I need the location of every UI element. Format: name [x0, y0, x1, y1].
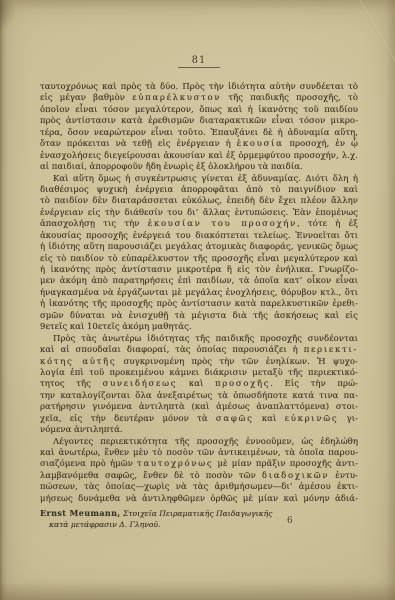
text-line: ἀκουσίας προσοχῆς ἐνέργειά του διακόπτετ…: [40, 231, 358, 242]
text-line: καὶ ἀνωτέρω, ἔνθεν μὲν τὸ ποσὸν τῶν ἀντι…: [40, 448, 358, 459]
text-line: ἡ ἱκανότης τῆς προσοχῆς πρὸς ἀντίστασιν …: [40, 299, 358, 310]
text-line: ἐνασχολήσεις διεγείρουσαι ἀκουσίαν καὶ ἐ…: [40, 151, 358, 162]
page-number: 81: [178, 55, 221, 68]
text-line: Λέγοντες περιεκτικότητα τῆς προσοχῆς ἐνν…: [40, 437, 358, 448]
text-line: τέρα, ὅσον νεαρώτερον εἶναι τοῦτο. Ἐπαυξ…: [40, 128, 358, 139]
text-line: λαμβανόμεθα σαφῶς, ἔνθεν δὲ τὸ ποσὸν τῶν…: [40, 471, 358, 482]
text-line: ἀπασχολήσῃ τις τὴν ἑκουσίαν του προσοχήν…: [40, 219, 358, 230]
text-line: ἡ ἰδιότης αὕτη παρουσιάζει μεγάλας ἀτομι…: [40, 242, 358, 253]
text-line: ὁποῖον εἶναι τόσον μεγαλύτερον, ὅπως καὶ…: [40, 105, 358, 116]
text-line: σιαζόμενα πρὸ ἡμῶν ταυτοχρόνως μὲ μίαν π…: [40, 459, 358, 470]
text-line: 9ετεῖς καὶ 10ετεῖς ἀκόμη μαθητάς.: [40, 322, 358, 333]
text-line: εἰς τὸ παιδίον τὸ εὐπαρέλκυστον τῆς προσ…: [40, 254, 358, 265]
text-line: αἱ παιδιαί, ἀπορροφοῦν ἤδη ἐνωρὶς ἐξ ὁλο…: [40, 162, 358, 173]
text-line: νόμενα ἀντιληπτά.: [40, 425, 358, 436]
footnote-line1: Ernst Meumann, Στοιχεῖα Πειραματικῆς Παι…: [40, 508, 310, 519]
footnote-book-title: Στοιχεῖα Πειραματικῆς Παιδαγωγικῆς: [121, 509, 273, 518]
text-line: σμῶν δύναται νὰ ἐνισχυθῇ τὰ μέγιστα διὰ …: [40, 311, 358, 322]
text-line: μήσεως δυνάμεθα νὰ ἀντιληφθῶμεν ὀρθῶς μὲ…: [40, 494, 358, 505]
text-line: ὅταν πρόκειται νὰ τεθῇ εἰς ἐνέργειαν ἡ ἑ…: [40, 139, 358, 150]
page-header: 81: [40, 48, 358, 68]
text-line: λογία ἐπὶ τοῦ προκειμένου κάμνει διάκρισ…: [40, 368, 358, 379]
text-line: πρὸς ἀντίστασιν κατὰ ἐρεθισμῶν διαταρακτ…: [40, 116, 358, 127]
text-line: Πρὸς τὰς ἀνωτέρω ἰδιότητας τῆς παιδικῆς …: [40, 334, 358, 345]
footnote: Ernst Meumann, Στοιχεῖα Πειραματικῆς Παι…: [40, 508, 310, 530]
text-line: μεν ἀκόμη ἀπὸ παρατηρήσεις ἐπὶ παιδίων, …: [40, 276, 358, 287]
book-page-scan: 81 ταυτοχρόνως καὶ πρὸς τὰ δύο. Πρὸς τὴν…: [0, 0, 395, 600]
text-line: ἠναγκασμένα νὰ ἐργάζωνται μὲ μεγάλας ἐνο…: [40, 288, 358, 299]
text-line: καὶ αἱ σπουδαῖαι διαφοραί, τὰς ὁποίας πα…: [40, 345, 358, 356]
body-text: ταυτοχρόνως καὶ πρὸς τὰ δύο. Πρὸς τὴν ἰδ…: [40, 82, 358, 505]
text-line: τὸ παιδίον δὲν διαταράσσεται εὐκόλως, ἐπ…: [40, 196, 358, 207]
footnote-translation: κατὰ μετάφρασιν Δ. Γληνοῦ.: [40, 519, 310, 530]
text-line: χεῖα, εἰς τὴν δευτέραν μόνον τὰ σαφῶς κα…: [40, 414, 358, 425]
text-line: κότης αὐτῆς συγκρινομένη πρὸς τὴν τῶν ἐν…: [40, 357, 358, 368]
text-line: ἡ ἱκανότης πρὸς ἀντίστασιν μικροτέρα ἢ ε…: [40, 265, 358, 276]
paper-crease-artifact: [355, 0, 395, 112]
footnote-author: Ernst Meumann,: [40, 508, 121, 518]
signature-number: 6: [287, 516, 293, 526]
text-line: ταυτοχρόνως καὶ πρὸς τὰ δύο. Πρὸς τὴν ἰδ…: [40, 82, 358, 93]
text-line: ἐνέργειαν εἰς τὴν διάθεσίν του δι’ ἄλλας…: [40, 208, 358, 219]
text-line: τητος τῆς συνειδήσεως καὶ προσοχῆς. Εἰς …: [40, 379, 358, 390]
text-line: ρατήρησιν γινόμενα ἀντιληπτὰ (καὶ ἀμέσως…: [40, 402, 358, 413]
text-line: πώσεων, τὰς ὁποίας—χωρὶς νὰ τὰς ἀριθμήσω…: [40, 482, 358, 493]
text-line: Καὶ αὕτη ὅμως ἡ συγκέντρωσις γίνεται ἐξ …: [40, 174, 358, 185]
text-line: διαθέσιμος ψυχικὴ ἐνέργεια ἀπορροφᾶται ἀ…: [40, 185, 358, 196]
text-line: την καταλογίζονται ὅλα ἀνεξαιρέτως τὰ ὁπ…: [40, 391, 358, 402]
text-line: εἰς μέγαν βαθμὸν εὐπαρέλκυστον τῆς παιδι…: [40, 93, 358, 104]
